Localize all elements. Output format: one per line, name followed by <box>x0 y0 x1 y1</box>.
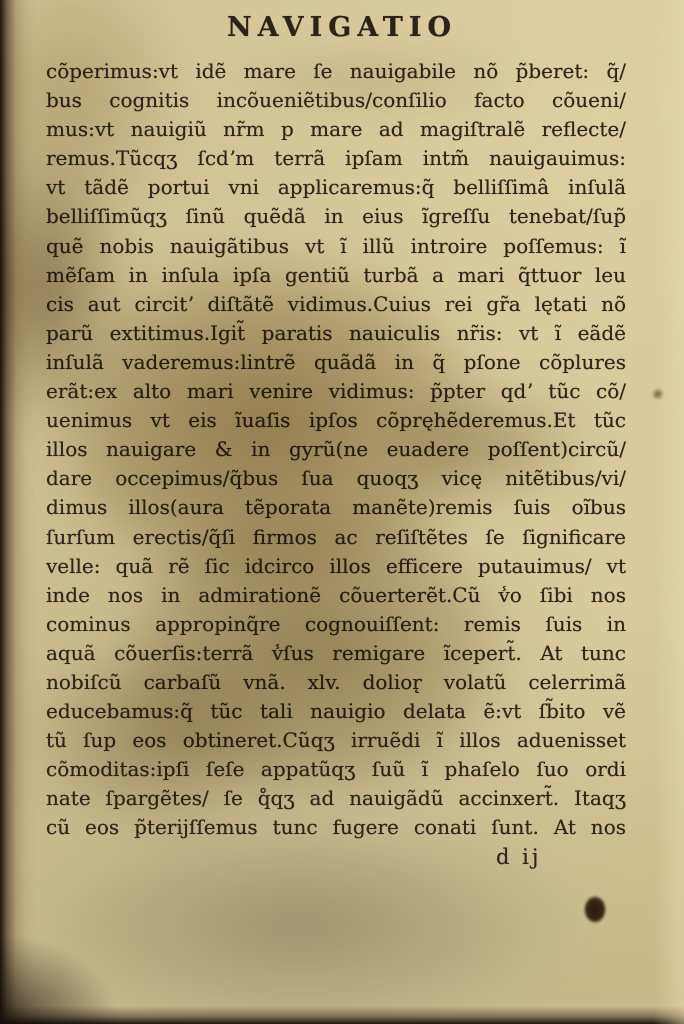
page-content: NAVIGATIO cõperimus:vt idẽ mare ſe nauig… <box>0 0 684 1024</box>
text-line: remus.Tũcqʒ ſcdʼm terrã ipſam intm̃ naui… <box>46 144 626 173</box>
text-line: tũ ſup eos obtineret.Cũqʒ irruẽdi ĩ illo… <box>46 726 626 755</box>
text-line: velle: quã rẽ ſic idcirco illos efficere… <box>46 552 626 581</box>
text-line: cominus appropinq̃re cognouiſſent: remis… <box>46 610 626 639</box>
text-line: cis aut circitʼ diſtãtẽ vidimus.Cuius re… <box>46 290 626 319</box>
book-page: NAVIGATIO cõperimus:vt idẽ mare ſe nauig… <box>0 0 684 1024</box>
text-line: uenimus vt eis ĩuaſis ipſos cõpręhẽderem… <box>46 406 626 435</box>
text-line: inſulã vaderemus:lintrẽ quãdã in q̃ pſon… <box>46 348 626 377</box>
text-line: ſurſum erectis/q̃ſi firmos ac reſiſtẽtes… <box>46 523 626 552</box>
text-line: quẽ nobis nauigãtibus vt ĩ illũ introire… <box>46 232 626 261</box>
text-line: dare occepimus/q̃bus ſua quoqʒ vicę nitẽ… <box>46 464 626 493</box>
text-line: erãt:ex alto mari venire vidimus: p̃pter… <box>46 377 626 406</box>
text-line: nate ſpargẽtes/ ſe q̊qʒ ad nauigãdũ acci… <box>46 784 626 813</box>
signature-mark: d ij <box>46 845 626 869</box>
text-line: cõmoditas:ipſi ſeſe appatũqʒ ſuũ ĩ phaſe… <box>46 755 626 784</box>
text-line: educebamus:q̃ tũc tali nauigio delata ẽ:… <box>46 697 626 726</box>
text-line: parũ extitimus.Igit̃ paratis nauiculis n… <box>46 319 626 348</box>
text-line: vt tãdẽ portui vni applicaremus:q̃ belli… <box>46 173 626 202</box>
text-line: nobiſcũ carbaſũ vnã. xlv. dolior̨ volatũ… <box>46 668 626 697</box>
text-line: dimus illos(aura tẽporata manẽte)remis ſ… <box>46 493 626 522</box>
text-line: mus:vt nauigiũ nr̃m p mare ad magiſtralẽ… <box>46 115 626 144</box>
text-line: mẽſam in inſula ipſa gentiũ turbã a mari… <box>46 261 626 290</box>
text-line: bus cognitis incõueniẽtibus/conſilio fac… <box>46 86 626 115</box>
text-line: aquã cõuerſis:terrã v̾ſus remigare ĩcepe… <box>46 639 626 668</box>
text-block: cõperimus:vt idẽ mare ſe nauigabile nõ p… <box>46 57 626 843</box>
text-line: cõperimus:vt idẽ mare ſe nauigabile nõ p… <box>46 57 626 86</box>
text-line: cũ eos p̃terijſſemus tunc fugere conati … <box>46 813 626 842</box>
text-line: illos nauigare & in gyrũ(ne euadere poſſ… <box>46 435 626 464</box>
page-title: NAVIGATIO <box>0 12 684 43</box>
text-line: inde nos in admirationẽ cõuerterẽt.Cũ v̾… <box>46 581 626 610</box>
text-line: belliſſimũqʒ ſinũ quẽdã in eius ĩgreſſu … <box>46 202 626 231</box>
